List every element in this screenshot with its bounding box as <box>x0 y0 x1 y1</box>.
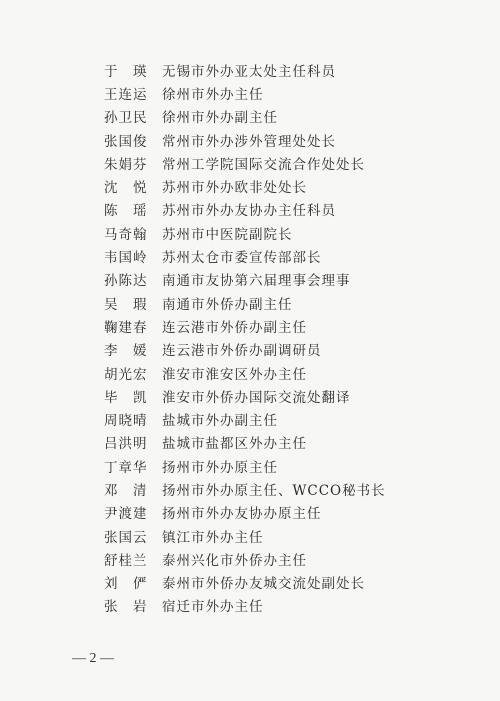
list-item: 于 瑛无锡市外办亚太处主任科员 <box>104 58 386 81</box>
person-name: 吕洪明 <box>104 432 162 452</box>
list-item: 孙卫民徐州市外办副主任 <box>104 105 386 128</box>
person-name: 毕 凯 <box>104 386 162 406</box>
list-item: 周晓晴盐城市外办副主任 <box>104 407 386 430</box>
page-number: — 2 — <box>72 651 114 667</box>
person-title: 徐州市外办主任 <box>162 83 264 103</box>
list-item: 胡光宏淮安市淮安区外办主任 <box>104 361 386 384</box>
list-item: 丁章华扬州市外办原主任 <box>104 454 386 477</box>
list-item: 吴 瑕南通市外侨办副主任 <box>104 291 386 314</box>
list-item: 马奇翰苏州市中医院副院长 <box>104 221 386 244</box>
person-title: 南通市外侨办副主任 <box>162 293 293 313</box>
person-title: 盐城市外办副主任 <box>162 409 278 429</box>
person-title: 扬州市外办原主任、WCCO秘书长 <box>162 479 386 499</box>
person-name: 尹渡建 <box>104 502 162 522</box>
personnel-list: 于 瑛无锡市外办亚太处主任科员 王连运徐州市外办主任 孙卫民徐州市外办副主任 张… <box>104 58 386 617</box>
person-title: 淮安市淮安区外办主任 <box>162 363 307 383</box>
person-title: 扬州市外办原主任 <box>162 456 278 476</box>
person-name: 韦国岭 <box>104 246 162 266</box>
person-name: 刘 俨 <box>104 572 162 592</box>
person-title: 泰州市外侨办友城交流处副处长 <box>162 572 365 592</box>
person-name: 张 岩 <box>104 595 162 615</box>
person-title: 南通市友协第六届理事会理事 <box>162 269 351 289</box>
person-title: 苏州市外办欧非处处长 <box>162 176 307 196</box>
person-name: 鞠建春 <box>104 316 162 336</box>
person-name: 吴 瑕 <box>104 293 162 313</box>
person-title: 连云港市外侨办副主任 <box>162 316 307 336</box>
person-name: 张国云 <box>104 526 162 546</box>
list-item: 鞠建春连云港市外侨办副主任 <box>104 314 386 337</box>
list-item: 毕 凯淮安市外侨办国际交流处翻译 <box>104 384 386 407</box>
list-item: 吕洪明盐城市盐都区外办主任 <box>104 431 386 454</box>
person-title: 徐州市外办副主任 <box>162 106 278 126</box>
list-item: 李 媛连云港市外侨办副调研员 <box>104 338 386 361</box>
list-item: 张国俊常州市外办涉外管理处处长 <box>104 128 386 151</box>
person-name: 孙陈达 <box>104 269 162 289</box>
person-name: 邓 清 <box>104 479 162 499</box>
person-title: 泰州兴化市外侨办主任 <box>162 549 307 569</box>
person-name: 陈 瑶 <box>104 199 162 219</box>
list-item: 舒桂兰泰州兴化市外侨办主任 <box>104 547 386 570</box>
person-name: 李 媛 <box>104 339 162 359</box>
person-title: 扬州市外办友协办原主任 <box>162 502 322 522</box>
list-item: 王连运徐州市外办主任 <box>104 81 386 104</box>
person-title: 连云港市外侨办副调研员 <box>162 339 322 359</box>
person-name: 周晓晴 <box>104 409 162 429</box>
list-item: 朱娟芬常州工学院国际交流合作处处长 <box>104 151 386 174</box>
list-item: 沈 悦苏州市外办欧非处处长 <box>104 174 386 197</box>
person-title: 镇江市外办主任 <box>162 526 264 546</box>
person-name: 丁章华 <box>104 456 162 476</box>
list-item: 张 岩宿迁市外办主任 <box>104 594 386 617</box>
person-name: 张国俊 <box>104 130 162 150</box>
list-item: 韦国岭苏州太仓市委宣传部部长 <box>104 244 386 267</box>
person-title: 常州市外办涉外管理处处长 <box>162 130 336 150</box>
person-name: 王连运 <box>104 83 162 103</box>
person-title: 苏州市外办友协办主任科员 <box>162 199 336 219</box>
list-item: 孙陈达南通市友协第六届理事会理事 <box>104 268 386 291</box>
person-title: 常州工学院国际交流合作处处长 <box>162 153 365 173</box>
person-name: 于 瑛 <box>104 60 162 80</box>
person-title: 苏州市中医院副院长 <box>162 223 293 243</box>
list-item: 陈 瑶苏州市外办友协办主任科员 <box>104 198 386 221</box>
person-name: 马奇翰 <box>104 223 162 243</box>
person-name: 沈 悦 <box>104 176 162 196</box>
person-name: 朱娟芬 <box>104 153 162 173</box>
person-name: 胡光宏 <box>104 363 162 383</box>
person-title: 无锡市外办亚太处主任科员 <box>162 60 336 80</box>
person-title: 宿迁市外办主任 <box>162 595 264 615</box>
list-item: 张国云镇江市外办主任 <box>104 524 386 547</box>
person-name: 舒桂兰 <box>104 549 162 569</box>
list-item: 邓 清扬州市外办原主任、WCCO秘书长 <box>104 477 386 500</box>
person-title: 淮安市外侨办国际交流处翻译 <box>162 386 351 406</box>
person-title: 苏州太仓市委宣传部部长 <box>162 246 322 266</box>
list-item: 刘 俨泰州市外侨办友城交流处副处长 <box>104 571 386 594</box>
person-title: 盐城市盐都区外办主任 <box>162 432 307 452</box>
person-name: 孙卫民 <box>104 106 162 126</box>
list-item: 尹渡建扬州市外办友协办原主任 <box>104 501 386 524</box>
